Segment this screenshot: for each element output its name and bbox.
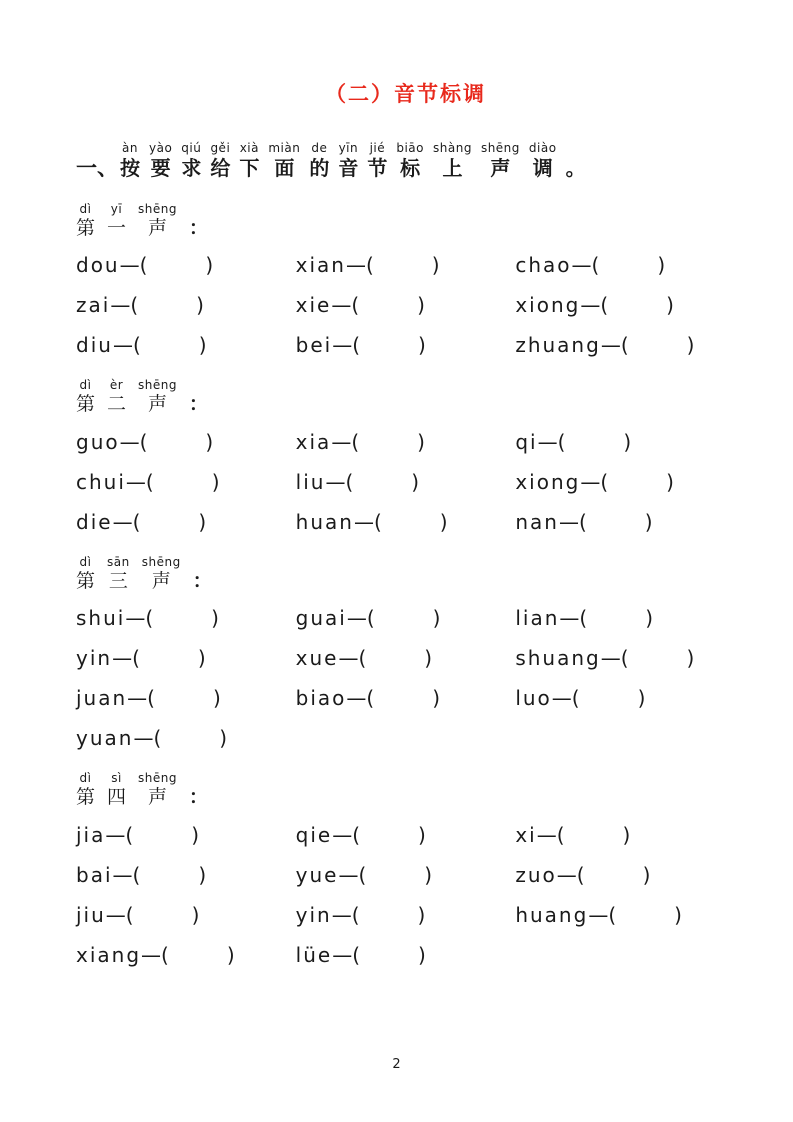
section-title-pinyin: shēng: [138, 203, 177, 217]
section-header-tone-4: dì第sì四shēng声：: [76, 772, 735, 810]
connector-dash: —: [125, 606, 145, 630]
section-title-stack: dì第: [76, 556, 95, 594]
open-paren: (: [351, 430, 359, 454]
syllable-item: qi—(): [515, 429, 735, 456]
syllable-text: diu: [76, 333, 113, 357]
syllable-item: dou—(): [76, 252, 296, 279]
section-rows: guo—()xia—()qi—()chui—()liu—()xiong—()di…: [76, 429, 735, 536]
instruction-word-char: 音: [338, 156, 358, 181]
connector-dash: —: [580, 470, 600, 494]
syllable-text: bei: [296, 333, 333, 357]
syllable-item: shuang—(): [515, 645, 735, 672]
connector-dash: —: [346, 686, 366, 710]
connector-dash: —: [559, 510, 579, 534]
section-header-tone-1: dì第yī一shēng声：: [76, 203, 735, 241]
instruction-word-pinyin: shēng: [481, 142, 520, 156]
instruction-word-pinyin: gěi: [210, 142, 230, 156]
syllable-item: zhuang—(): [515, 332, 735, 359]
close-paren: ): [199, 333, 207, 357]
connector-dash: —: [120, 430, 140, 454]
syllable-text: qi: [515, 430, 537, 454]
instruction-word-char: 上: [442, 156, 462, 181]
syllable-item: lüe—(): [296, 942, 516, 969]
syllable-text: bai: [76, 863, 113, 887]
section-title-colon: ：: [193, 570, 212, 592]
section-title-pinyin: shēng: [142, 556, 181, 570]
close-paren: ): [657, 253, 665, 277]
instruction-period: 。: [566, 156, 586, 180]
section-title-colon: ：: [189, 217, 208, 239]
close-paren: ): [411, 470, 419, 494]
open-paren: (: [147, 686, 155, 710]
instruction-word-char: 按: [120, 156, 140, 181]
syllable-text: shuang: [515, 646, 600, 670]
syllable-row: dou—()xian—()chao—(): [76, 252, 735, 279]
close-paren: ): [418, 903, 426, 927]
section-title-char: 二: [107, 393, 126, 417]
section-title-char: 第: [76, 786, 95, 810]
section-rows: shui—()guai—()lian—()yin—()xue—()shuang—…: [76, 605, 735, 752]
syllable-row: zai—()xie—()xiong—(): [76, 292, 735, 319]
syllable-item: bei—(): [296, 332, 516, 359]
open-paren: (: [600, 470, 608, 494]
instruction-word-pinyin: yīn: [339, 142, 359, 156]
syllable-item: yue—(): [296, 862, 516, 889]
section-tone-3: dì第sān三shēng声：shui—()guai—()lian—()yin—(…: [76, 556, 735, 753]
syllable-text: lüe: [296, 943, 333, 967]
section-title-pinyin: yī: [111, 203, 122, 217]
connector-dash: —: [346, 253, 366, 277]
instruction-word-pinyin: biāo: [396, 142, 424, 156]
syllable-text: dou: [76, 253, 120, 277]
instruction-word-stack: shēng声: [481, 142, 520, 181]
section-title-pinyin: sì: [111, 772, 122, 786]
close-paren: ): [212, 470, 220, 494]
section-title-colon: ：: [189, 786, 208, 808]
open-paren: (: [577, 863, 585, 887]
syllable-row: xiang—()lüe—(): [76, 942, 735, 969]
connector-dash: —: [580, 293, 600, 317]
instruction-word-stack: de的: [309, 142, 329, 181]
section-title-char: 四: [107, 786, 126, 810]
syllable-text: yin: [76, 646, 112, 670]
syllable-text: chao: [515, 253, 571, 277]
close-paren: ): [418, 333, 426, 357]
instruction-word-char: 标: [400, 156, 420, 181]
connector-dash: —: [127, 686, 147, 710]
close-paren: ): [198, 863, 206, 887]
section-title-stack: dì第: [76, 772, 95, 810]
instruction-word-stack: yīn音: [338, 142, 358, 181]
instruction-word-stack: gěi给: [210, 142, 230, 181]
syllable-row: jiu—()yin—()huang—(): [76, 902, 735, 929]
open-paren: (: [557, 823, 565, 847]
instruction-word-pinyin: miàn: [268, 142, 300, 156]
instruction-words: àn按yào要qiú求gěi给xià下miàn面de的yīn音jié节biāo标…: [120, 162, 566, 181]
close-paren: ): [643, 863, 651, 887]
instruction-word-char: 节: [367, 156, 387, 181]
close-paren: ): [623, 430, 631, 454]
close-paren: ): [198, 646, 206, 670]
section-title-pinyin: shēng: [138, 379, 177, 393]
syllable-item: nan—(): [515, 509, 735, 536]
open-paren: (: [161, 943, 169, 967]
syllable-item: shui—(): [76, 605, 296, 632]
close-paren: ): [205, 253, 213, 277]
syllable-item: yin—(): [76, 645, 296, 672]
syllable-text: zhuang: [515, 333, 600, 357]
syllable-item: juan—(): [76, 685, 296, 712]
open-paren: (: [374, 510, 382, 534]
syllable-text: yuan: [76, 726, 133, 750]
section-title-char: 声: [152, 570, 171, 594]
open-paren: (: [358, 646, 366, 670]
instruction-word-stack: yào要: [149, 142, 172, 181]
connector-dash: —: [552, 686, 572, 710]
syllable-text: luo: [515, 686, 551, 710]
open-paren: (: [140, 253, 148, 277]
connector-dash: —: [338, 646, 358, 670]
close-paren: ): [211, 606, 219, 630]
close-paren: ): [687, 646, 695, 670]
open-paren: (: [133, 510, 141, 534]
close-paren: ): [645, 606, 653, 630]
section-title-pinyin: dì: [80, 556, 92, 570]
syllable-text: huan: [296, 510, 354, 534]
worksheet-page: （二）音节标调 一、àn按yào要qiú求gěi给xià下miàn面de的yīn…: [0, 0, 793, 1122]
syllable-row: chui—()liu—()xiong—(): [76, 469, 735, 496]
open-paren: (: [352, 333, 360, 357]
syllable-item: yin—(): [296, 902, 516, 929]
connector-dash: —: [538, 430, 558, 454]
connector-dash: —: [331, 430, 351, 454]
instruction-word-pinyin: diào: [529, 142, 557, 156]
section-title-stack: dì第: [76, 379, 95, 417]
instruction-word-char: 声: [490, 156, 510, 181]
close-paren: ): [645, 510, 653, 534]
syllable-item: bai—(): [76, 862, 296, 889]
close-paren: ): [424, 646, 432, 670]
syllable-text: qie: [296, 823, 333, 847]
close-paren: ): [638, 686, 646, 710]
close-paren: ): [418, 943, 426, 967]
open-paren: (: [140, 430, 148, 454]
connector-dash: —: [332, 333, 352, 357]
connector-dash: —: [325, 470, 345, 494]
instruction-word-stack: jié节: [367, 142, 387, 181]
syllable-item: xi—(): [515, 822, 735, 849]
connector-dash: —: [332, 823, 352, 847]
open-paren: (: [608, 903, 616, 927]
section-title-char: 三: [109, 570, 128, 594]
section-rows: jia—()qie—()xi—()bai—()yue—()zuo—()jiu—(…: [76, 822, 735, 969]
close-paren: ): [417, 293, 425, 317]
section-title-stack: sì四: [107, 772, 126, 810]
close-paren: ): [418, 823, 426, 847]
section-header-tone-2: dì第èr二shēng声：: [76, 379, 735, 417]
section-title-char: 声: [148, 786, 167, 810]
syllable-row: diu—()bei—()zhuang—(): [76, 332, 735, 359]
syllable-text: biao: [296, 686, 347, 710]
syllable-item: xue—(): [296, 645, 516, 672]
instruction-word-char: 面: [274, 156, 294, 181]
instruction-word-pinyin: jié: [370, 142, 386, 156]
instruction-word-char: 求: [181, 156, 201, 181]
close-paren: ): [192, 903, 200, 927]
syllable-text: yin: [296, 903, 332, 927]
sections-container: dì第yī一shēng声：dou—()xian—()chao—()zai—()x…: [76, 203, 735, 969]
section-title-char: 第: [76, 570, 95, 594]
open-paren: (: [367, 606, 375, 630]
syllable-text: liu: [296, 470, 326, 494]
syllable-item: qie—(): [296, 822, 516, 849]
instruction-word-pinyin: de: [311, 142, 327, 156]
close-paren: ): [424, 863, 432, 887]
open-paren: (: [352, 823, 360, 847]
syllable-text: lian: [515, 606, 559, 630]
syllable-text: xi: [515, 823, 536, 847]
syllable-text: jia: [76, 823, 105, 847]
section-title-stack: shēng声: [138, 379, 177, 417]
syllable-item: luo—(): [515, 685, 735, 712]
section-title-char: 第: [76, 393, 95, 417]
close-paren: ): [666, 293, 674, 317]
section-title-colon: ：: [189, 393, 208, 415]
syllable-text: guo: [76, 430, 120, 454]
close-paren: ): [687, 333, 695, 357]
open-paren: (: [579, 510, 587, 534]
instruction-word-stack: qiú求: [181, 142, 201, 181]
section-title-stack: shēng声: [142, 556, 181, 594]
connector-dash: —: [112, 646, 132, 670]
close-paren: ): [198, 510, 206, 534]
section-tone-2: dì第èr二shēng声：guo—()xia—()qi—()chui—()liu…: [76, 379, 735, 536]
instruction-word-pinyin: qiú: [181, 142, 201, 156]
section-title-pinyin: dì: [80, 203, 92, 217]
section-title-char: 声: [148, 217, 167, 241]
syllable-text: shui: [76, 606, 125, 630]
section-title-pinyin: shēng: [138, 772, 177, 786]
syllable-item: zai—(): [76, 292, 296, 319]
instruction-word-stack: àn按: [120, 142, 140, 181]
syllable-item: xian—(): [296, 252, 516, 279]
instruction-word-char: 要: [151, 156, 171, 181]
close-paren: ): [196, 293, 204, 317]
open-paren: (: [125, 823, 133, 847]
syllable-item: xia—(): [296, 429, 516, 456]
syllable-text: yue: [296, 863, 339, 887]
connector-dash: —: [105, 823, 125, 847]
open-paren: (: [132, 646, 140, 670]
section-title-stack: èr二: [107, 379, 126, 417]
open-paren: (: [351, 293, 359, 317]
instruction-word-pinyin: xià: [240, 142, 259, 156]
section-title-pinyin: dì: [80, 379, 92, 393]
open-paren: (: [572, 686, 580, 710]
open-paren: (: [130, 293, 138, 317]
syllable-item: xiong—(): [515, 469, 735, 496]
open-paren: (: [126, 903, 134, 927]
close-paren: ): [191, 823, 199, 847]
syllable-row: bai—()yue—()zuo—(): [76, 862, 735, 889]
syllable-item: guo—(): [76, 429, 296, 456]
syllable-item: chao—(): [515, 252, 735, 279]
instruction-word-char: 给: [210, 156, 230, 181]
syllable-text: xiong: [515, 470, 580, 494]
section-title-pinyin: sān: [107, 556, 130, 570]
syllable-text: xue: [296, 646, 339, 670]
close-paren: ): [205, 430, 213, 454]
syllable-item: liu—(): [296, 469, 516, 496]
syllable-item: xie—(): [296, 292, 516, 319]
syllable-item: xiong—(): [515, 292, 735, 319]
open-paren: (: [146, 470, 154, 494]
section-title-char: 一: [107, 217, 126, 241]
syllable-text: huang: [515, 903, 588, 927]
close-paren: ): [623, 823, 631, 847]
section-tone-1: dì第yī一shēng声：dou—()xian—()chao—()zai—()x…: [76, 203, 735, 360]
open-paren: (: [366, 686, 374, 710]
close-paren: ): [433, 606, 441, 630]
instruction-word-pinyin: shàng: [433, 142, 472, 156]
syllable-row: guo—()xia—()qi—(): [76, 429, 735, 456]
syllable-item: lian—(): [515, 605, 735, 632]
close-paren: ): [432, 686, 440, 710]
connector-dash: —: [113, 333, 133, 357]
close-paren: ): [674, 903, 682, 927]
connector-dash: —: [120, 253, 140, 277]
connector-dash: —: [588, 903, 608, 927]
connector-dash: —: [559, 606, 579, 630]
connector-dash: —: [601, 333, 621, 357]
instruction-line: 一、àn按yào要qiú求gěi给xià下miàn面de的yīn音jié节biā…: [76, 142, 735, 181]
close-paren: ): [440, 510, 448, 534]
open-paren: (: [366, 253, 374, 277]
instruction-word-pinyin: àn: [122, 142, 138, 156]
syllable-text: zai: [76, 293, 110, 317]
connector-dash: —: [332, 943, 352, 967]
instruction-word-stack: shàng上: [433, 142, 472, 181]
connector-dash: —: [354, 510, 374, 534]
open-paren: (: [558, 430, 566, 454]
section-title-stack: shēng声: [138, 203, 177, 241]
page-number: 2: [0, 1057, 793, 1072]
close-paren: ): [219, 726, 227, 750]
syllable-item: diu—(): [76, 332, 296, 359]
instruction-word-char: 的: [309, 156, 329, 181]
syllable-row: yuan—(): [76, 725, 735, 752]
syllable-item: chui—(): [76, 469, 296, 496]
close-paren: ): [417, 430, 425, 454]
connector-dash: —: [537, 823, 557, 847]
syllable-item: guai—(): [296, 605, 516, 632]
close-paren: ): [213, 686, 221, 710]
instruction-number: 一、: [76, 156, 118, 180]
open-paren: (: [352, 943, 360, 967]
instruction-word-stack: xià下: [239, 142, 259, 181]
syllable-item: biao—(): [296, 685, 516, 712]
connector-dash: —: [110, 293, 130, 317]
open-paren: (: [592, 253, 600, 277]
connector-dash: —: [113, 863, 133, 887]
syllable-item: jiu—(): [76, 902, 296, 929]
open-paren: (: [153, 726, 161, 750]
section-title-pinyin: dì: [80, 772, 92, 786]
open-paren: (: [579, 606, 587, 630]
connector-dash: —: [133, 726, 153, 750]
close-paren: ): [227, 943, 235, 967]
open-paren: (: [133, 863, 141, 887]
syllable-text: guai: [296, 606, 347, 630]
open-paren: (: [352, 903, 360, 927]
syllable-text: chui: [76, 470, 126, 494]
section-title-stack: yī一: [107, 203, 126, 241]
section-title-stack: shēng声: [138, 772, 177, 810]
syllable-item: die—(): [76, 509, 296, 536]
syllable-text: jiu: [76, 903, 106, 927]
section-title-char: 第: [76, 217, 95, 241]
instruction-word-pinyin: yào: [149, 142, 172, 156]
syllable-text: xian: [296, 253, 346, 277]
syllable-row: jia—()qie—()xi—(): [76, 822, 735, 849]
connector-dash: —: [557, 863, 577, 887]
connector-dash: —: [126, 470, 146, 494]
syllable-row: juan—()biao—()luo—(): [76, 685, 735, 712]
instruction-word-char: 下: [239, 156, 259, 181]
connector-dash: —: [331, 293, 351, 317]
close-paren: ): [432, 253, 440, 277]
syllable-text: die: [76, 510, 113, 534]
syllable-text: xia: [296, 430, 332, 454]
section-title-stack: dì第: [76, 203, 95, 241]
open-paren: (: [621, 333, 629, 357]
syllable-text: zuo: [515, 863, 556, 887]
connector-dash: —: [601, 646, 621, 670]
syllable-row: die—()huan—()nan—(): [76, 509, 735, 536]
section-tone-4: dì第sì四shēng声：jia—()qie—()xi—()bai—()yue—…: [76, 772, 735, 969]
connector-dash: —: [141, 943, 161, 967]
syllable-text: juan: [76, 686, 127, 710]
syllable-text: xiang: [76, 943, 141, 967]
open-paren: (: [345, 470, 353, 494]
section-rows: dou—()xian—()chao—()zai—()xie—()xiong—()…: [76, 252, 735, 359]
connector-dash: —: [113, 510, 133, 534]
close-paren: ): [666, 470, 674, 494]
section-title-char: 声: [148, 393, 167, 417]
open-paren: (: [600, 293, 608, 317]
syllable-item: xiang—(): [76, 942, 296, 969]
connector-dash: —: [347, 606, 367, 630]
syllable-item: huang—(): [515, 902, 735, 929]
syllable-row: yin—()xue—()shuang—(): [76, 645, 735, 672]
section-title-stack: sān三: [107, 556, 130, 594]
open-paren: (: [133, 333, 141, 357]
syllable-item: zuo—(): [515, 862, 735, 889]
syllable-item: yuan—(): [76, 725, 296, 752]
syllable-row: shui—()guai—()lian—(): [76, 605, 735, 632]
section-title-pinyin: èr: [110, 379, 123, 393]
instruction-word-stack: miàn面: [268, 142, 300, 181]
syllable-item: jia—(): [76, 822, 296, 849]
open-paren: (: [145, 606, 153, 630]
open-paren: (: [358, 863, 366, 887]
syllable-text: xie: [296, 293, 332, 317]
open-paren: (: [621, 646, 629, 670]
page-title: （二）音节标调: [76, 78, 735, 108]
connector-dash: —: [106, 903, 126, 927]
instruction-word-stack: biāo标: [396, 142, 424, 181]
instruction-word-char: 调: [533, 156, 553, 181]
